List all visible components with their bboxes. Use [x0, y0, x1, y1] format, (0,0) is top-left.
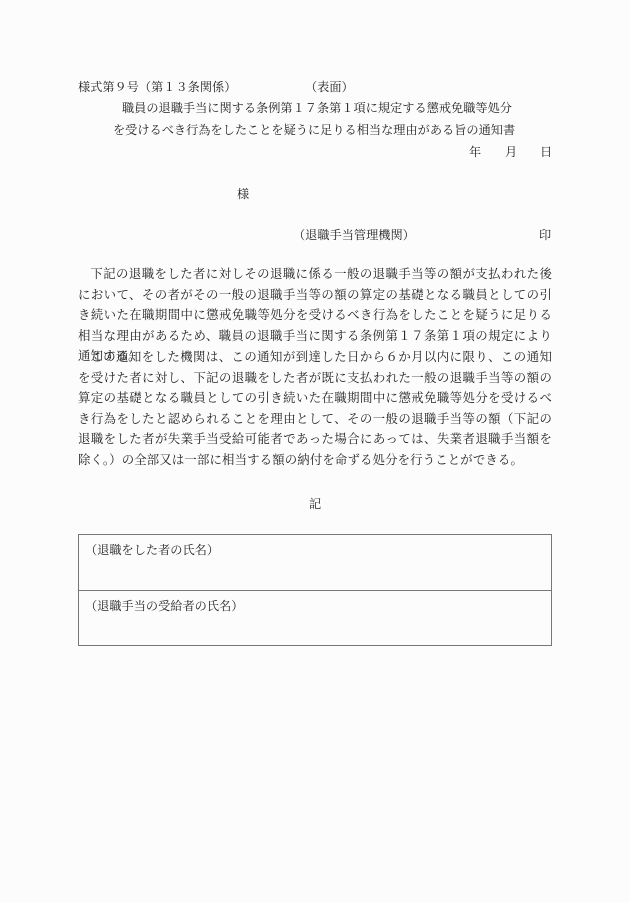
date-day: 日 — [540, 145, 552, 160]
addressee-suffix: 様 — [237, 187, 249, 202]
table-row: （退職手当の受給者の氏名） — [79, 590, 551, 645]
document-title-line2: を受けるべき行為をしたことを疑うに足りる相当な理由がある旨の通知書 — [113, 123, 515, 138]
document-title-line1: 職員の退職手当に関する条例第１７条第１項に規定する懲戒免職等処分 — [122, 101, 512, 116]
table-row: （退職をした者の氏名） — [79, 535, 551, 590]
notes-heading: 記 — [309, 497, 321, 512]
body-paragraph-2: この通知をした機関は、この通知が到達した日から６か月以内に限り、この通知を受けた… — [78, 347, 552, 471]
seal-mark: 印 — [539, 228, 551, 243]
recipient-table: （退職をした者の氏名） （退職手当の受給者の氏名） — [78, 534, 552, 646]
side-label: （表面） — [305, 80, 354, 95]
form-number: 様式第９号（第１３条関係） — [78, 80, 236, 95]
allowance-recipient-name-label: （退職手当の受給者の氏名） — [85, 597, 243, 614]
date-year: 年 — [469, 145, 481, 160]
sender-label: （退職手当管理機関） — [293, 228, 415, 243]
retiree-name-label: （退職をした者の氏名） — [85, 541, 219, 558]
date-month: 月 — [505, 145, 517, 160]
